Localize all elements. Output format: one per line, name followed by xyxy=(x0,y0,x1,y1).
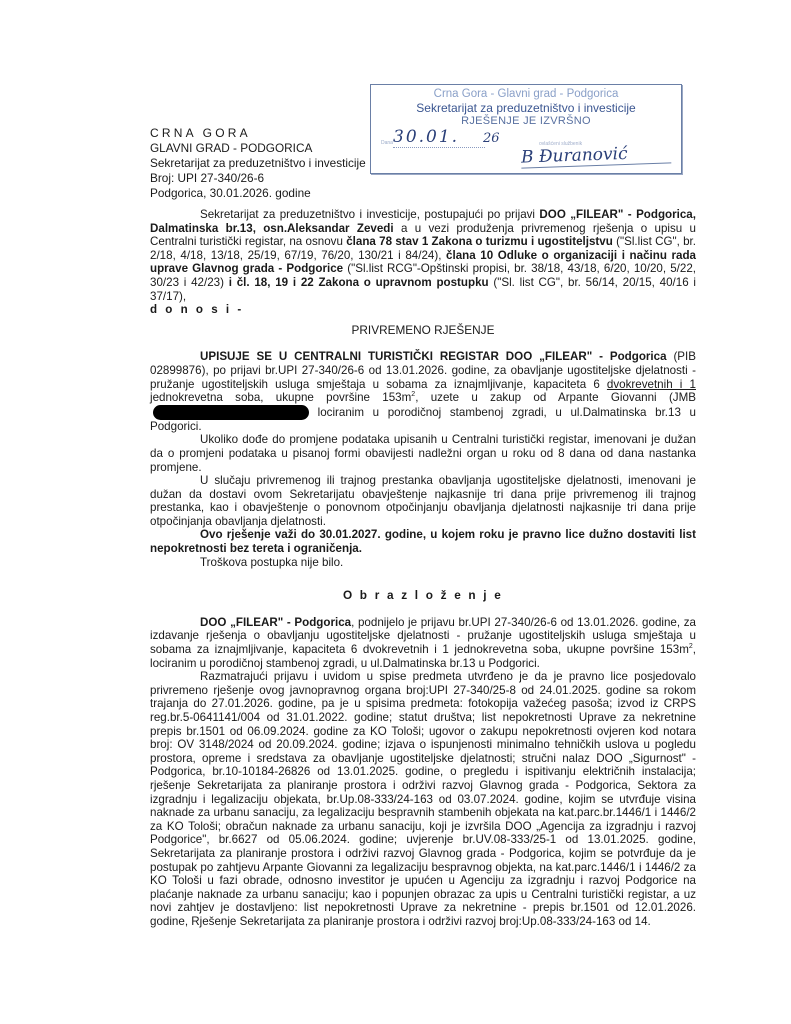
header-number: Broj: UPI 27-340/26-6 xyxy=(150,171,366,186)
stamp-issuer: Crna Gora - Glavni grad - Podgorica xyxy=(371,88,681,100)
decision-paragraph: UPISUJE SE U CENTRALNI TURISTIČKI REGIST… xyxy=(150,350,696,433)
validity-paragraph: Ovo rješenje važi do 30.01.2027. godine,… xyxy=(150,528,696,555)
reasoning-company: DOO „FILEAR" - Podgorica xyxy=(200,616,351,629)
header-place-date: Podgorica, 30.01.2026. godine xyxy=(150,186,366,201)
costs-paragraph: Troškova postupka nije bilo. xyxy=(150,556,696,570)
intro-text: Sekretarijat za preduzetništvo i investi… xyxy=(200,208,539,221)
reasoning-paragraph-2: Razmatrajući prijavu i uvidom u spise pr… xyxy=(150,670,696,928)
executable-stamp: Crna Gora - Glavni grad - Podgorica Sekr… xyxy=(370,84,682,174)
reasoning-paragraph-1: DOO „FILEAR" - Podgorica, podnijelo je p… xyxy=(150,616,696,670)
signature: B Đuranović xyxy=(521,142,672,168)
cessation-paragraph: U slučaju privremenog ili trajnog presta… xyxy=(150,474,696,528)
intro-paragraph: Sekretarijat za preduzetništvo i investi… xyxy=(150,208,696,303)
decision-title: PRIVREMENO RJEŠENJE xyxy=(150,324,696,338)
stamp-date: 30.01. xyxy=(393,127,485,148)
stamp-department: Sekretarijat za preduzetništvo i investi… xyxy=(371,101,681,115)
header-city: GLAVNI GRAD - PODGORICA xyxy=(150,141,366,156)
change-paragraph: Ukoliko dođe do promjene podataka upisan… xyxy=(150,433,696,474)
document-body: Sekretarijat za preduzetništvo i investi… xyxy=(150,208,696,929)
decision-text: , uzete u zakup od Arpante Giovanni (JMB xyxy=(415,391,696,404)
decision-lead: UPISUJE SE U CENTRALNI TURISTIČKI REGIST… xyxy=(200,350,667,363)
redaction-bar xyxy=(153,405,309,420)
stamp-status: RJEŠENJE JE IZVRŠNO xyxy=(371,115,681,127)
document-header: CRNA GORA GLAVNI GRAD - PODGORICA Sekret… xyxy=(150,126,366,201)
decision-text: jednokrevetna soba, ukupne površine 153m xyxy=(150,391,411,404)
header-department: Sekretarijat za preduzetništvo i investi… xyxy=(150,156,366,171)
document-page: Crna Gora - Glavni grad - Podgorica Sekr… xyxy=(0,0,791,1024)
stamp-year: 26 xyxy=(483,131,500,146)
donosi-label: d o n o s i - xyxy=(150,303,696,317)
intro-law: člana 78 stav 1 Zakona o turizmu i ugost… xyxy=(346,235,613,248)
stamp-date-label: Dana xyxy=(381,140,393,146)
header-country: CRNA GORA xyxy=(150,126,366,141)
intro-law: i čl. 18, 19 i 22 Zakona o upravnom post… xyxy=(229,276,489,289)
decision-underlined: dvokrevetnih i 1 xyxy=(607,378,696,391)
reasoning-title: O b r a z l o ž e n j e xyxy=(150,589,696,603)
